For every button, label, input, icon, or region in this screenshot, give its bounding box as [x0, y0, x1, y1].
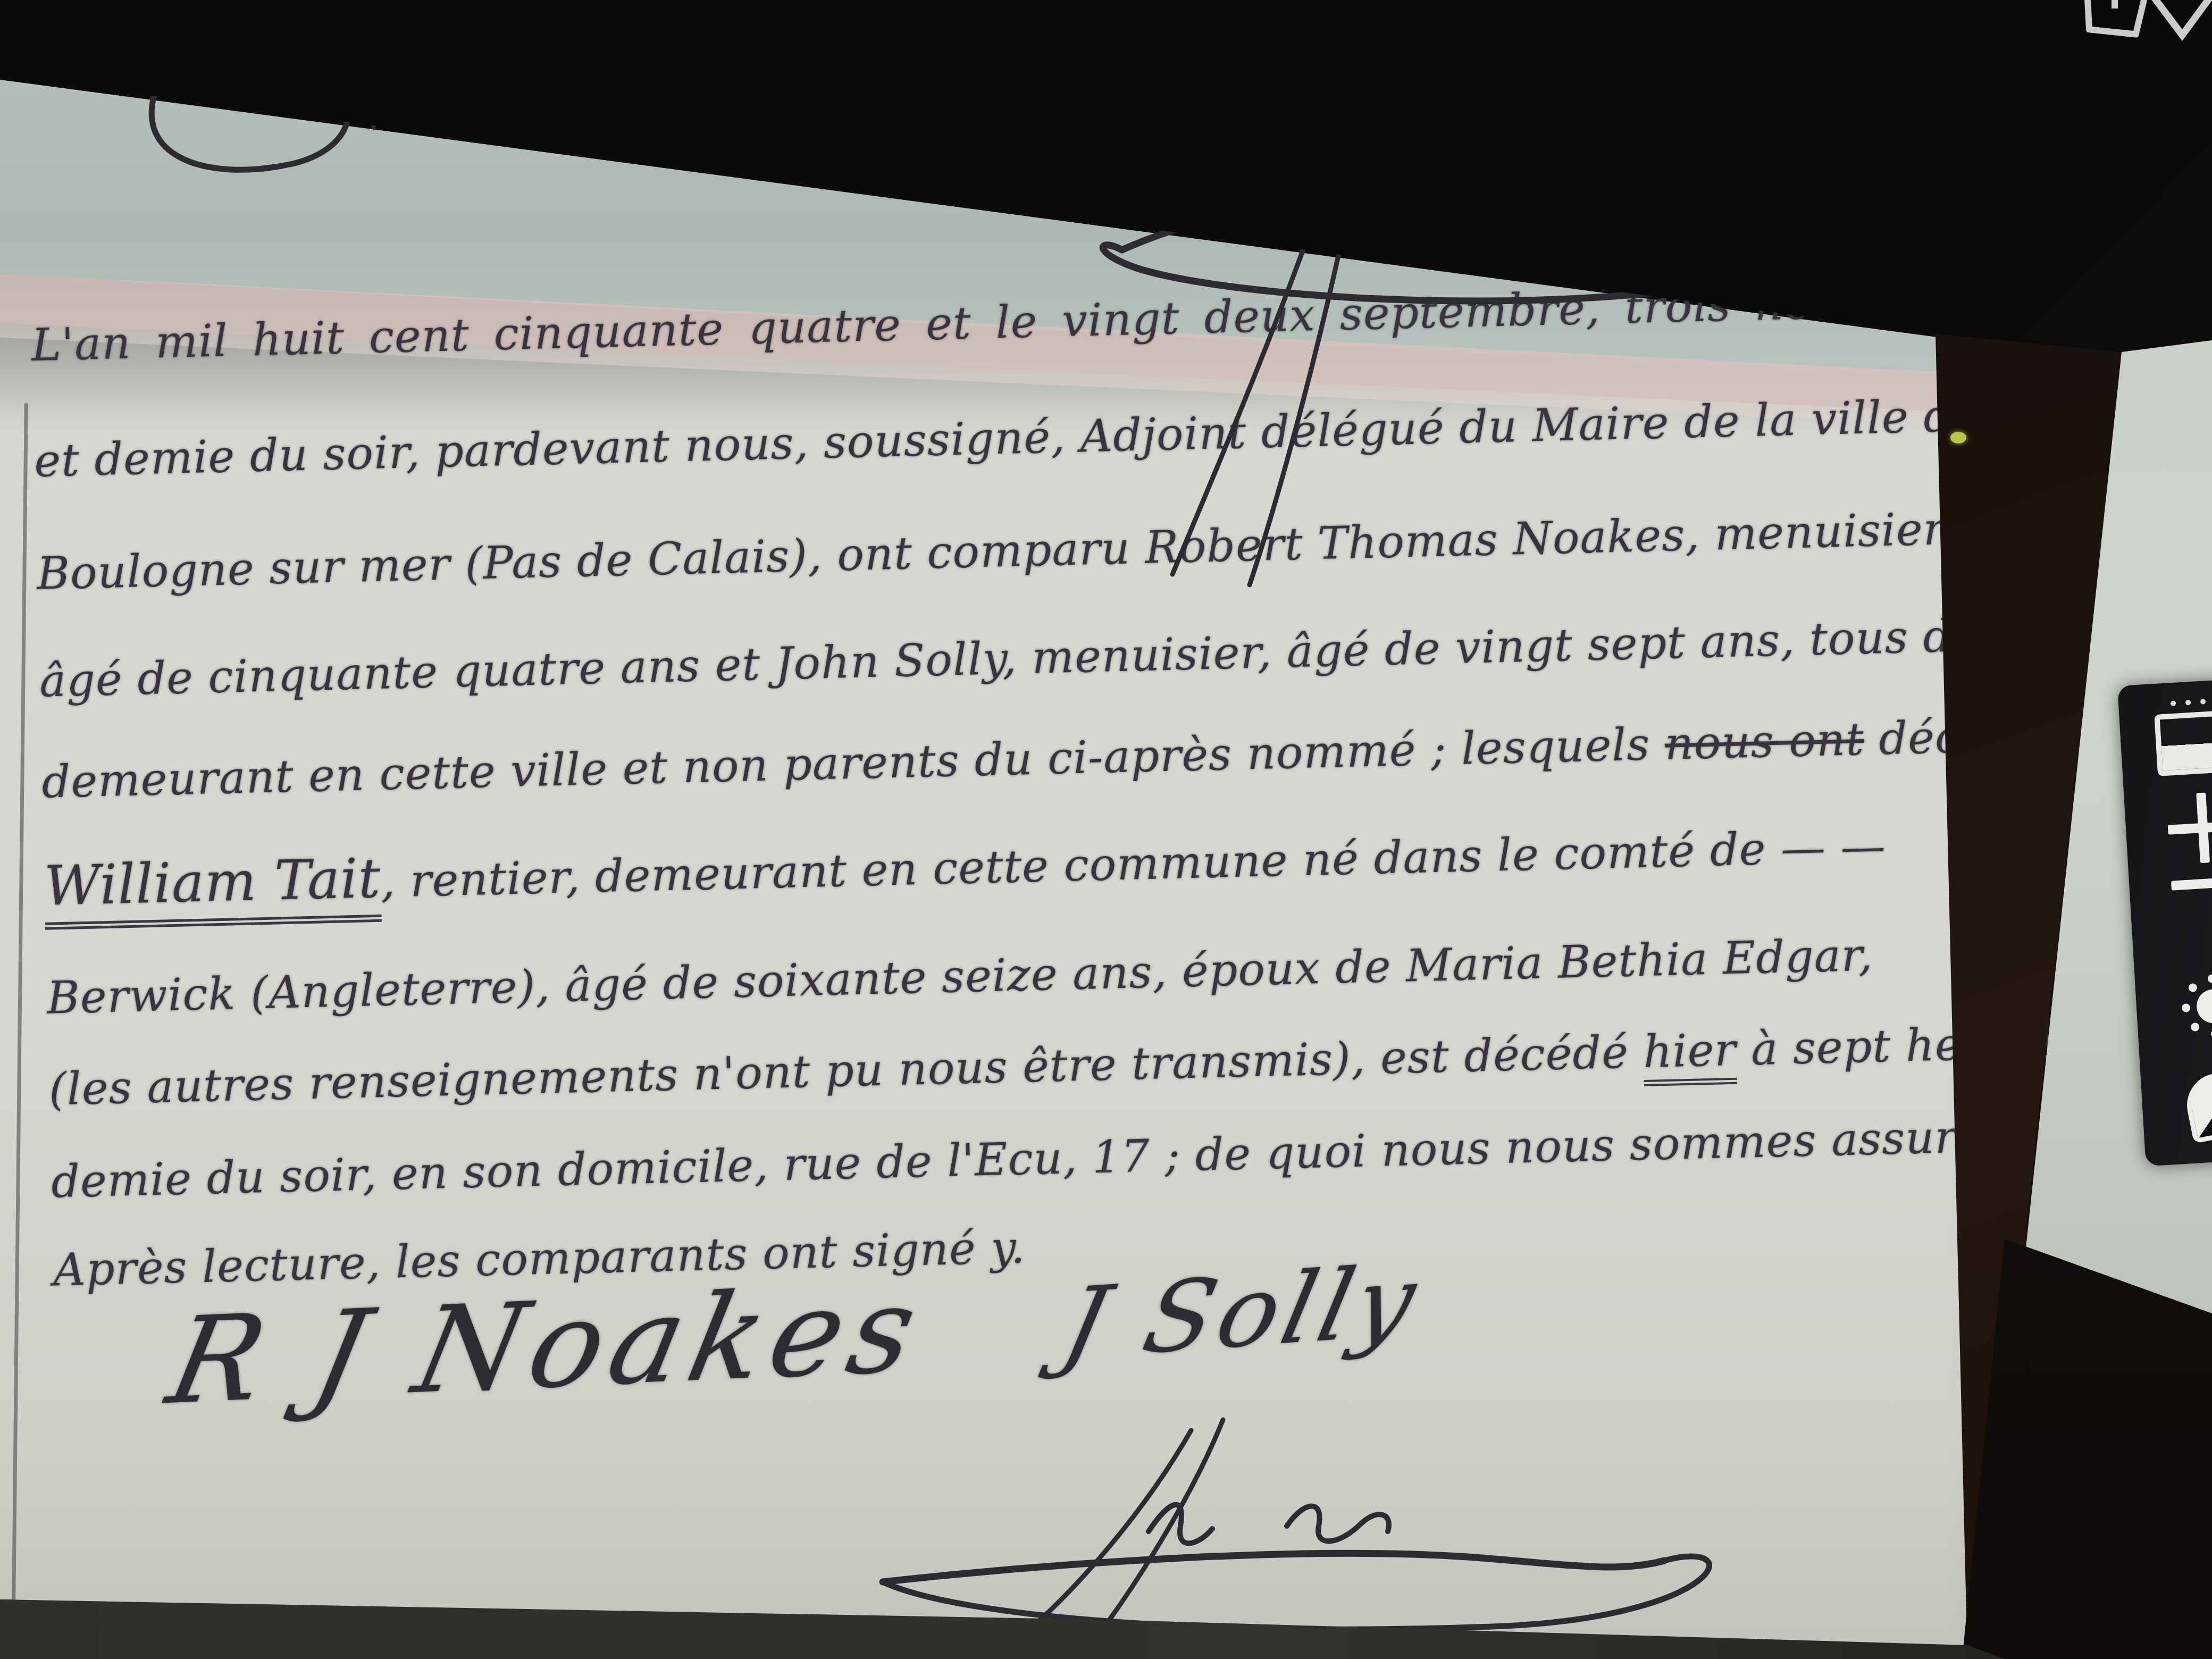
- register-margin-line: [12, 403, 28, 1602]
- page-thumbnail-icon[interactable]: [2119, 708, 2212, 778]
- share-icon[interactable]: [2076, 0, 2156, 43]
- act-line-8: (les autres renseignements n'ont pu nous…: [48, 1019, 1931, 1115]
- act-line-5: demeurant en cette ville et non parents …: [41, 711, 1924, 808]
- contrast-icon[interactable]: [2141, 1069, 2212, 1143]
- zoom-in-icon[interactable]: [2124, 788, 2212, 867]
- act-line-9: demie du soir, en son domicile, rue de l…: [51, 1111, 1933, 1208]
- struck-words: nous ont: [1664, 713, 1865, 770]
- thumbnail-handle-dots: [2118, 695, 2212, 709]
- chevron-icon[interactable]: [2147, 0, 2212, 48]
- zoom-out-icon[interactable]: [2129, 874, 2212, 893]
- dust-speck: [1950, 432, 1966, 443]
- act-line-4: âgé de cinquante quatre ans et John Soll…: [39, 610, 1922, 707]
- act-line-7: Berwick (Angleterre), âgé de soixante se…: [46, 927, 1929, 1024]
- deceased-name-underlined: William Tait: [44, 847, 382, 930]
- act-line-6: William Tait, rentier, demeurant en cett…: [44, 810, 1927, 918]
- screen-photo: L'an mil huit cent cinquante quatre et l…: [0, 0, 2212, 1659]
- act-line-10: Après lecture, les comparants ont signé …: [53, 1200, 1935, 1296]
- brightness-icon[interactable]: [2135, 985, 2212, 1028]
- hier-underlined: hier: [1643, 1024, 1737, 1086]
- official-signature-flourish-bottom: [851, 1398, 1787, 1654]
